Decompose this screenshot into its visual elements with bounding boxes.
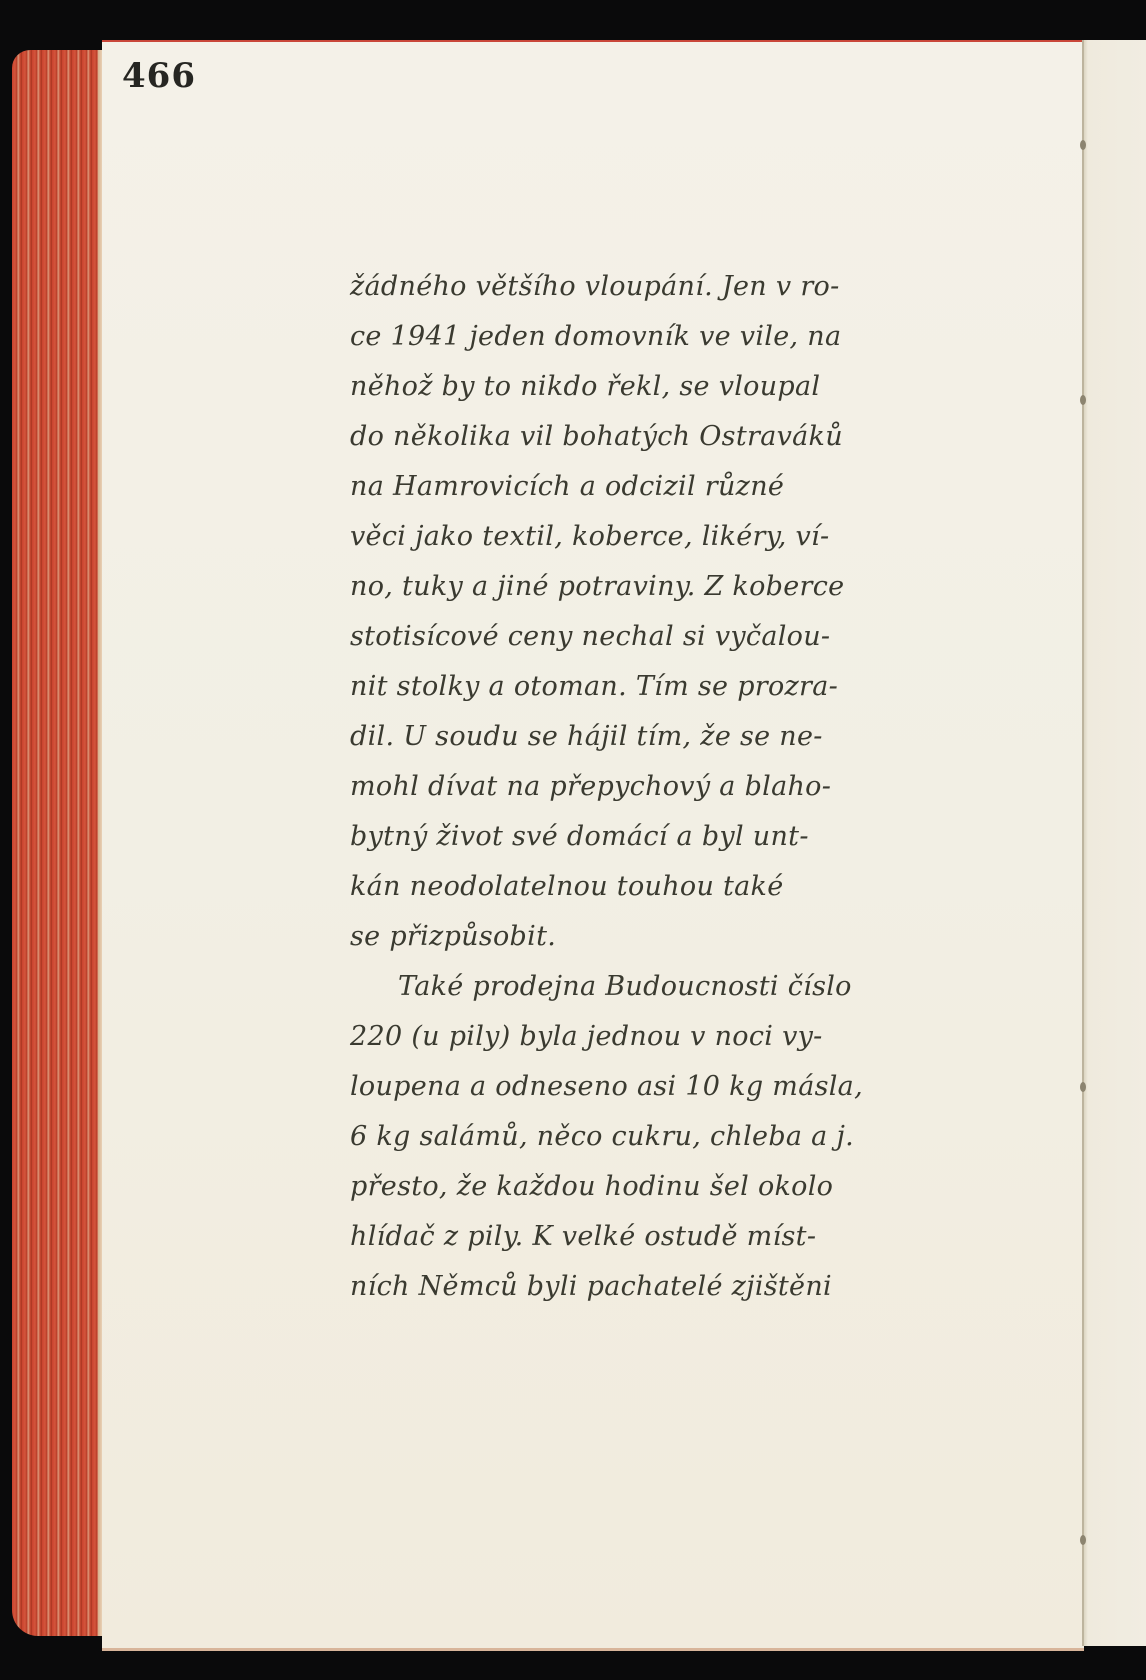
text-line: kán neodolatelnou touhou také (350, 862, 990, 912)
text-line: na Hamrovicích a odcizil různé (350, 462, 990, 512)
book-page-edges (12, 50, 104, 1636)
text-line: 6 kg salámů, něco cukru, chleba a j. (350, 1112, 990, 1162)
text-line: se přizpůsobit. (350, 912, 990, 962)
text-line: do několika vil bohatých Ostraváků (350, 412, 990, 462)
paragraph-start-line: Také prodejna Budoucnosti číslo (350, 962, 990, 1012)
text-line: žádného většího vloupání. Jen v ro- (350, 262, 990, 312)
text-line: 220 (u pily) byla jednou v noci vy- (350, 1012, 990, 1062)
text-line: nit stolky a otoman. Tím se prozra- (350, 662, 990, 712)
binding-stitch (1080, 140, 1086, 150)
text-line: stotisícové ceny nechal si vyčalou- (350, 612, 990, 662)
text-line: ních Němců byli pachatelé zjištěni (350, 1262, 990, 1312)
text-line: mohl dívat na přepychový a blaho- (350, 762, 990, 812)
binding-stitch (1080, 395, 1086, 405)
text-line: něhož by to nikdo řekl, se vloupal (350, 362, 990, 412)
text-line: ce 1941 jeden domovník ve vile, na (350, 312, 990, 362)
text-line: no, tuky a jiné potraviny. Z koberce (350, 562, 990, 612)
text-line: bytný život své domácí a byl unt- (350, 812, 990, 862)
text-line: věci jako textil, koberce, likéry, ví- (350, 512, 990, 562)
binding-stitch (1080, 1535, 1086, 1545)
text-line: dil. U soudu se hájil tím, že se ne- (350, 712, 990, 762)
text-line: přesto, že každou hodinu šel okolo (350, 1162, 990, 1212)
handwritten-text-block: žádného většího vloupání. Jen v ro- ce 1… (350, 262, 990, 1312)
book-gutter-next-page (1082, 40, 1146, 1646)
page-number: 466 (122, 56, 196, 96)
text-line: loupena a odneseno asi 10 kg másla, (350, 1062, 990, 1112)
binding-stitch (1080, 1082, 1086, 1092)
text-line: hlídač z pily. K velké ostudě míst- (350, 1212, 990, 1262)
